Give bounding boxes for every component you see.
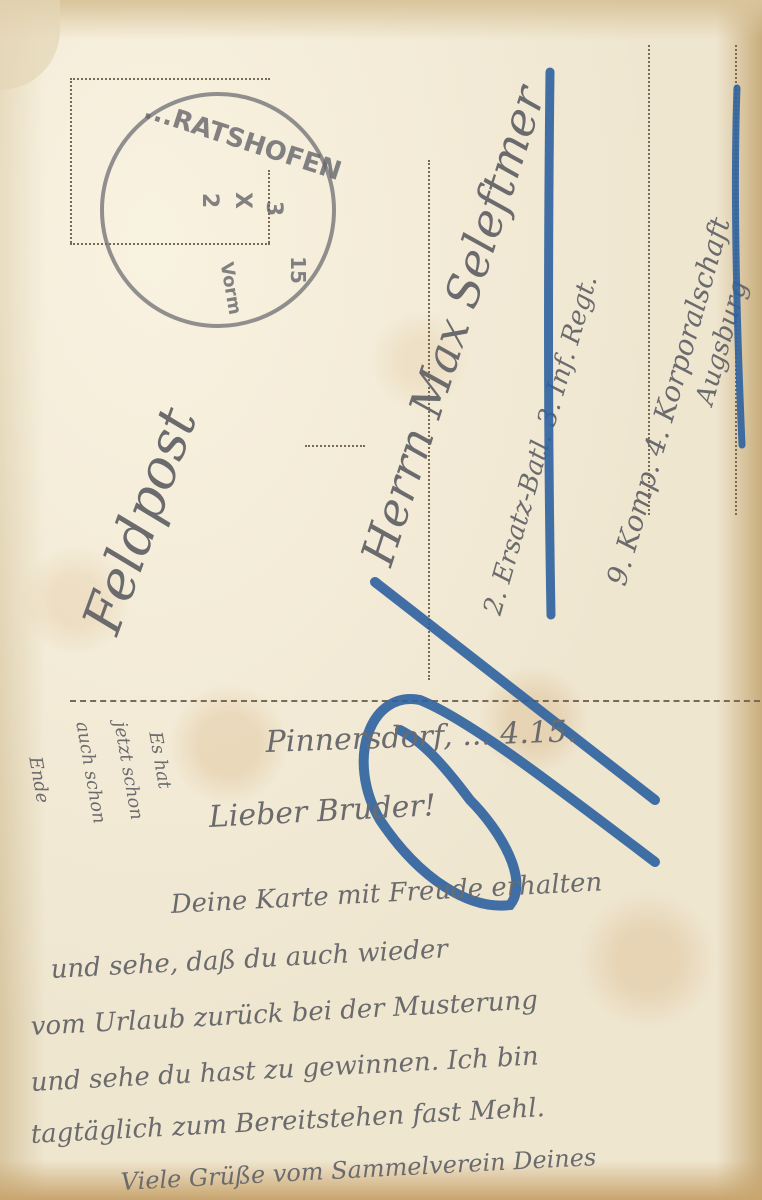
blue-stroke-right <box>735 88 742 445</box>
blue-n-stroke-1 <box>375 582 655 800</box>
postcard-back: ...RATSHOFEN 2 X 3 15 Vorm Feldpost Herr… <box>0 0 762 1200</box>
blue-stroke-left <box>549 72 551 615</box>
